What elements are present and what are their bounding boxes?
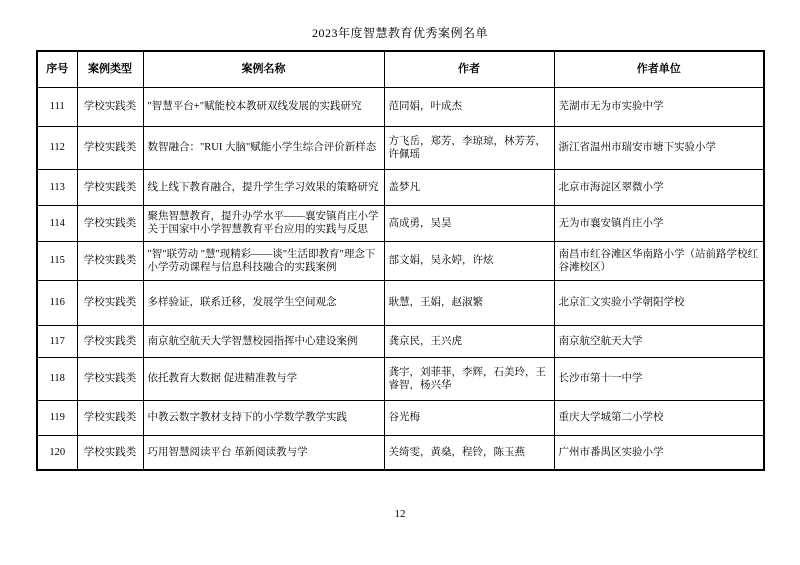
cell-case-name: 巧用智慧阅读平台 革新阅读教与学 [143,435,384,470]
cell-case-name: 多样验证，联系迁移，发展学生空间观念 [143,280,384,325]
table-row: 120学校实践类巧用智慧阅读平台 革新阅读教与学关绮雯，黄燊，程铃，陈玉燕广州市… [37,435,764,470]
column-header-unit: 作者单位 [554,51,764,87]
cell-serial-number: 112 [37,126,77,169]
cell-author-unit: 无为市襄安镇肖庄小学 [554,205,764,241]
cell-authors: 高成勇，吴昊 [384,205,554,241]
cell-authors: 耿慧，王娟，赵淑繁 [384,280,554,325]
cell-author-unit: 南京航空航天大学 [554,325,764,357]
cell-case-name: "智慧平台+"赋能校本教研双线发展的实践研究 [143,87,384,126]
column-header-type: 案例类型 [77,51,143,87]
cell-author-unit: 广州市番禺区实验小学 [554,435,764,470]
column-header-authors: 作者 [384,51,554,87]
cell-case-name: 依托教育大数据 促进精准教与学 [143,357,384,400]
cell-serial-number: 114 [37,205,77,241]
cell-authors: 龚宇，刘菲菲，李辉，石美玲，王睿智，杨兴华 [384,357,554,400]
column-header-name: 案例名称 [143,51,384,87]
cell-case-type: 学校实践类 [77,400,143,435]
cell-serial-number: 118 [37,357,77,400]
cases-table: 序号案例类型案例名称作者作者单位 111学校实践类"智慧平台+"赋能校本教研双线… [36,50,765,471]
table-row: 117学校实践类南京航空航天大学智慧校园指挥中心建设案例龚京民，王兴虎南京航空航… [37,325,764,357]
cell-case-type: 学校实践类 [77,241,143,280]
cell-case-name: 南京航空航天大学智慧校园指挥中心建设案例 [143,325,384,357]
cell-authors: 范同娟，叶成杰 [384,87,554,126]
cell-serial-number: 115 [37,241,77,280]
cell-authors: 方飞岳，郑芳，李琼琼，林芳芳，许佩瑶 [384,126,554,169]
cell-case-type: 学校实践类 [77,435,143,470]
cell-author-unit: 长沙市第十一中学 [554,357,764,400]
cell-serial-number: 111 [37,87,77,126]
cell-author-unit: 北京市海淀区翠微小学 [554,169,764,205]
cell-case-name: 中教云数字教材支持下的小学数学教学实践 [143,400,384,435]
cell-case-type: 学校实践类 [77,126,143,169]
cell-authors: 关绮雯，黄燊，程铃，陈玉燕 [384,435,554,470]
cell-case-name: 聚焦智慧教育，提升办学水平——襄安镇肖庄小学关于国家中小学智慧教育平台应用的实践… [143,205,384,241]
cell-case-type: 学校实践类 [77,357,143,400]
cell-authors: 盖梦凡 [384,169,554,205]
cell-author-unit: 浙江省温州市瑞安市塘下实验小学 [554,126,764,169]
cell-case-name: "智"联劳动 "慧"现精彩——谈"生活即教育"理念下小学劳动课程与信息科技融合的… [143,241,384,280]
document-page: 2023年度智慧教育优秀案例名单 序号案例类型案例名称作者作者单位 111学校实… [0,0,800,565]
column-header-no: 序号 [37,51,77,87]
cell-author-unit: 南昌市红谷滩区华南路小学（站前路学校红谷滩校区） [554,241,764,280]
table-row: 113学校实践类线上线下教育融合，提升学生学习效果的策略研究盖梦凡北京市海淀区翠… [37,169,764,205]
table-row: 114学校实践类聚焦智慧教育，提升办学水平——襄安镇肖庄小学关于国家中小学智慧教… [37,205,764,241]
table-row: 111学校实践类"智慧平台+"赋能校本教研双线发展的实践研究范同娟，叶成杰芜湖市… [37,87,764,126]
cell-case-type: 学校实践类 [77,325,143,357]
page-number: 12 [0,508,800,520]
cell-author-unit: 重庆大学城第二小学校 [554,400,764,435]
table-header-row: 序号案例类型案例名称作者作者单位 [37,51,764,87]
cell-serial-number: 113 [37,169,77,205]
cell-serial-number: 116 [37,280,77,325]
table-row: 116学校实践类多样验证，联系迁移，发展学生空间观念耿慧，王娟，赵淑繁北京汇文实… [37,280,764,325]
cell-case-name: 数智融合："RUI 大脑"赋能小学生综合评价新样态 [143,126,384,169]
cell-serial-number: 117 [37,325,77,357]
cell-serial-number: 120 [37,435,77,470]
cell-authors: 龚京民，王兴虎 [384,325,554,357]
cell-case-type: 学校实践类 [77,169,143,205]
cell-case-type: 学校实践类 [77,87,143,126]
cell-authors: 部文娟，吴永婷，许炫 [384,241,554,280]
table-row: 119学校实践类中教云数字教材支持下的小学数学教学实践谷光梅重庆大学城第二小学校 [37,400,764,435]
cell-case-name: 线上线下教育融合，提升学生学习效果的策略研究 [143,169,384,205]
table-row: 115学校实践类"智"联劳动 "慧"现精彩——谈"生活即教育"理念下小学劳动课程… [37,241,764,280]
cell-author-unit: 北京汇文实验小学朝阳学校 [554,280,764,325]
cell-serial-number: 119 [37,400,77,435]
cell-authors: 谷光梅 [384,400,554,435]
table-row: 112学校实践类数智融合："RUI 大脑"赋能小学生综合评价新样态方飞岳，郑芳，… [37,126,764,169]
table-row: 118学校实践类依托教育大数据 促进精准教与学龚宇，刘菲菲，李辉，石美玲，王睿智… [37,357,764,400]
cell-case-type: 学校实践类 [77,280,143,325]
document-title: 2023年度智慧教育优秀案例名单 [0,24,800,41]
cell-case-type: 学校实践类 [77,205,143,241]
cell-author-unit: 芜湖市无为市实验中学 [554,87,764,126]
